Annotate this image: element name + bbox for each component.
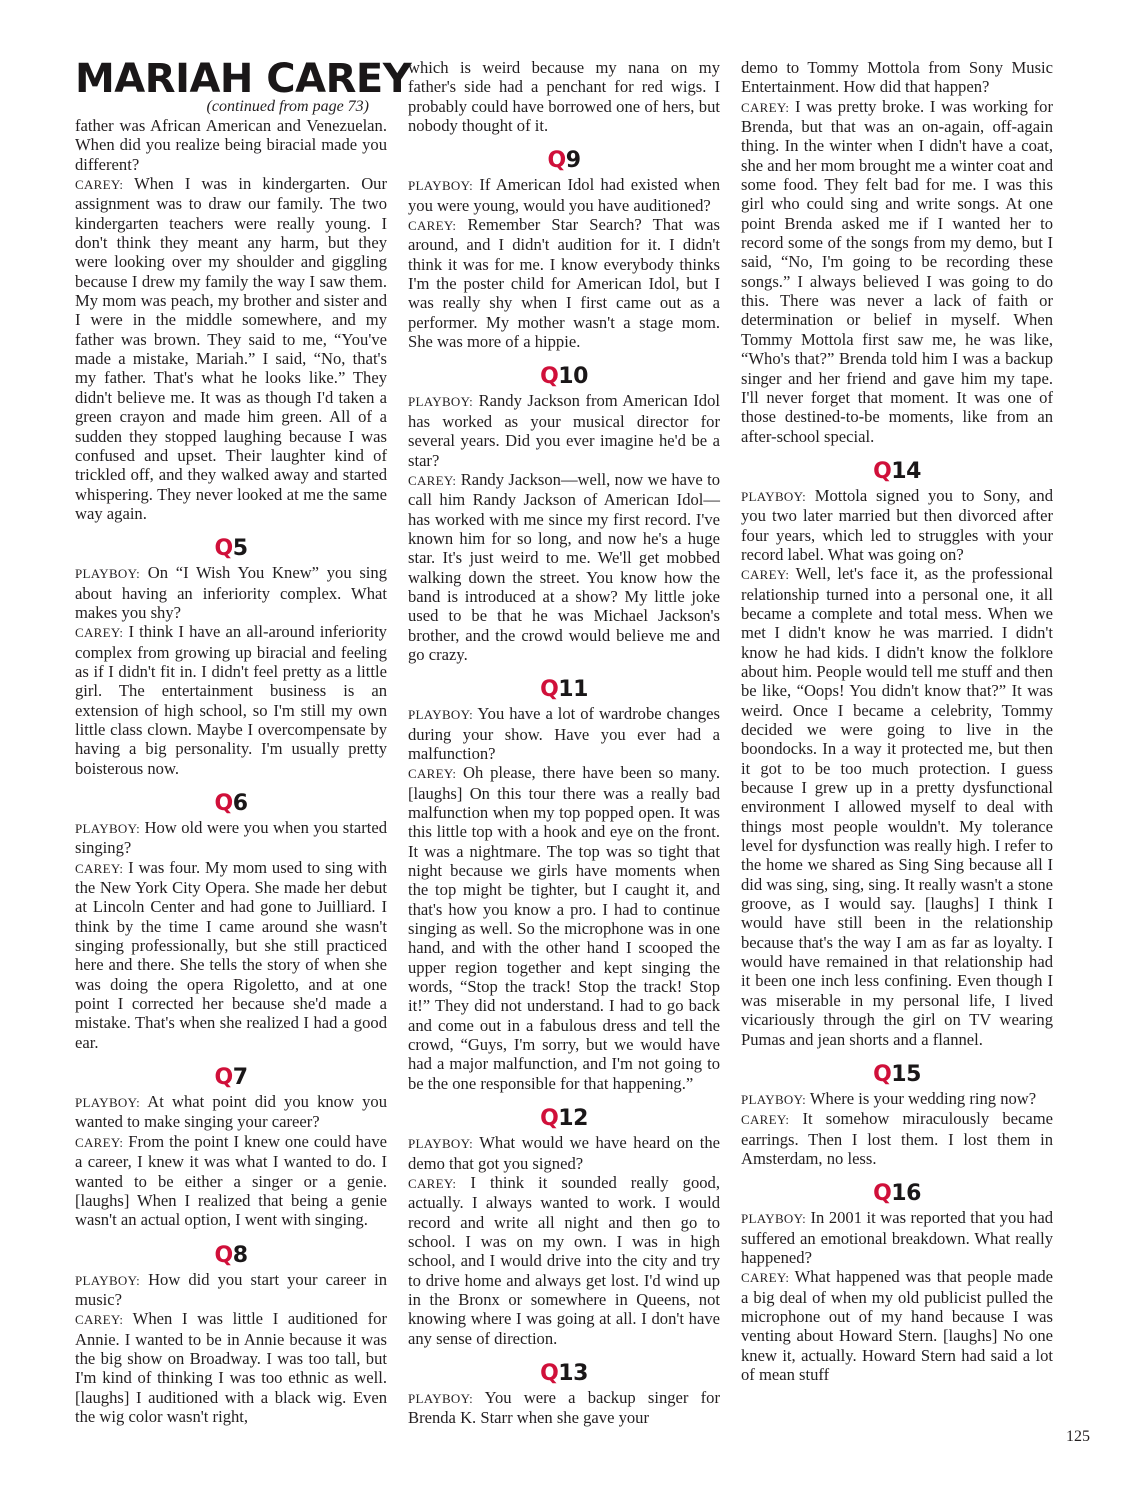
intro-answer: CAREY: When I was in kindergarten. Our a… — [75, 174, 387, 523]
magazine-page: MARIAH CAREY (continued from page 73) fa… — [0, 0, 1122, 1500]
question-heading-q7: Q7 — [75, 1066, 387, 1090]
speaker-label: PLAYBOY: — [408, 178, 473, 193]
speaker-label: CAREY: — [408, 1176, 456, 1191]
speaker-label: PLAYBOY: — [741, 1092, 806, 1107]
speaker-label: CAREY: — [408, 766, 456, 781]
speaker-label: CAREY: — [741, 100, 789, 115]
answer-text: CAREY: I was pretty broke. I was working… — [741, 97, 1053, 446]
question-heading-q5: Q5 — [75, 537, 387, 561]
q-icon: Q — [214, 536, 232, 561]
answer-text: CAREY: When I was little I auditioned fo… — [75, 1309, 387, 1426]
question-heading-q14: Q14 — [741, 460, 1053, 484]
q-icon: Q — [540, 677, 558, 702]
question-heading-q6: Q6 — [75, 792, 387, 816]
speaker-label: CAREY: — [75, 625, 123, 640]
answer-text: CAREY: I think I have an all-around infe… — [75, 622, 387, 778]
speaker-label: CAREY: — [408, 218, 456, 233]
column-2: which is weird because my nana on my fat… — [408, 58, 720, 1428]
speaker-label: PLAYBOY: — [75, 566, 140, 581]
question-heading-q16: Q16 — [741, 1182, 1053, 1206]
answer-continuation: which is weird because my nana on my fat… — [408, 58, 720, 135]
answer-text: CAREY: Remember Star Search? That was ar… — [408, 215, 720, 351]
speaker-label: PLAYBOY: — [408, 394, 473, 409]
question-text: PLAYBOY: If American Idol had existed wh… — [408, 175, 720, 215]
question-text: PLAYBOY: Where is your wedding ring now? — [741, 1089, 1053, 1109]
answer-text: CAREY: What happened was that people mad… — [741, 1267, 1053, 1384]
q-icon: Q — [873, 459, 891, 484]
speaker-label: PLAYBOY: — [408, 1391, 473, 1406]
question-text: PLAYBOY: In 2001 it was reported that yo… — [741, 1208, 1053, 1267]
question-heading-q12: Q12 — [408, 1107, 720, 1131]
question-heading-q8: Q8 — [75, 1244, 387, 1268]
question-heading-q10: Q10 — [408, 365, 720, 389]
speaker-label: CAREY: — [741, 1270, 789, 1285]
speaker-label: CAREY: — [741, 567, 789, 582]
q-icon: Q — [540, 364, 558, 389]
speaker-label: PLAYBOY: — [75, 1095, 140, 1110]
q-icon: Q — [547, 148, 565, 173]
speaker-label: CAREY: — [408, 473, 456, 488]
speaker-label: CAREY: — [741, 1112, 789, 1127]
intro-question-tail: father was African American and Venezuel… — [75, 116, 387, 174]
question-text: PLAYBOY: On “I Wish You Knew” you sing a… — [75, 563, 387, 622]
answer-text: CAREY: I was four. My mom used to sing w… — [75, 858, 387, 1052]
q-icon: Q — [540, 1361, 558, 1386]
question-text: PLAYBOY: Mottola signed you to Sony, and… — [741, 486, 1053, 564]
q-icon: Q — [873, 1062, 891, 1087]
speaker-label: PLAYBOY: — [75, 821, 140, 836]
column-3: demo to Tommy Mottola from Sony Music En… — [741, 58, 1053, 1384]
article-title: MARIAH CAREY — [75, 58, 387, 100]
question-continuation: demo to Tommy Mottola from Sony Music En… — [741, 58, 1053, 97]
speaker-label: PLAYBOY: — [741, 1211, 806, 1226]
speaker-label: CAREY: — [75, 1135, 123, 1150]
answer-text: CAREY: It somehow miraculously became ea… — [741, 1109, 1053, 1168]
question-text: PLAYBOY: How old were you when you start… — [75, 818, 387, 858]
q-icon: Q — [214, 791, 232, 816]
question-text: PLAYBOY: How did you start your career i… — [75, 1270, 387, 1310]
speaker-label: PLAYBOY: — [75, 1273, 140, 1288]
answer-text: CAREY: Oh please, there have been so man… — [408, 763, 720, 1093]
question-heading-q9: Q9 — [408, 149, 720, 173]
answer-text: CAREY: I think it sounded really good, a… — [408, 1173, 720, 1348]
page-number: 125 — [1066, 1427, 1090, 1446]
q-icon: Q — [873, 1181, 891, 1206]
speaker-label: PLAYBOY: — [408, 1136, 473, 1151]
question-text: PLAYBOY: At what point did you know you … — [75, 1092, 387, 1132]
answer-text: CAREY: Well, let's face it, as the profe… — [741, 564, 1053, 1049]
q-icon: Q — [214, 1065, 232, 1090]
question-text: PLAYBOY: What would we have heard on the… — [408, 1133, 720, 1173]
speaker-label: CAREY: — [75, 861, 123, 876]
speaker-label: CAREY: — [75, 177, 123, 192]
answer-text: CAREY: From the point I knew one could h… — [75, 1132, 387, 1230]
question-text: PLAYBOY: You have a lot of wardrobe chan… — [408, 704, 720, 763]
column-1: MARIAH CAREY (continued from page 73) fa… — [75, 58, 387, 1426]
speaker-label: PLAYBOY: — [741, 489, 806, 504]
answer-text: CAREY: Randy Jackson—well, now we have t… — [408, 470, 720, 664]
question-heading-q15: Q15 — [741, 1063, 1053, 1087]
speaker-label: PLAYBOY: — [408, 707, 473, 722]
q-icon: Q — [214, 1243, 232, 1268]
question-heading-q13: Q13 — [408, 1362, 720, 1386]
question-heading-q11: Q11 — [408, 678, 720, 702]
question-text: PLAYBOY: Randy Jackson from American Ido… — [408, 391, 720, 469]
question-text: PLAYBOY: You were a backup singer for Br… — [408, 1388, 720, 1428]
q-icon: Q — [540, 1106, 558, 1131]
speaker-label: CAREY: — [75, 1312, 123, 1327]
